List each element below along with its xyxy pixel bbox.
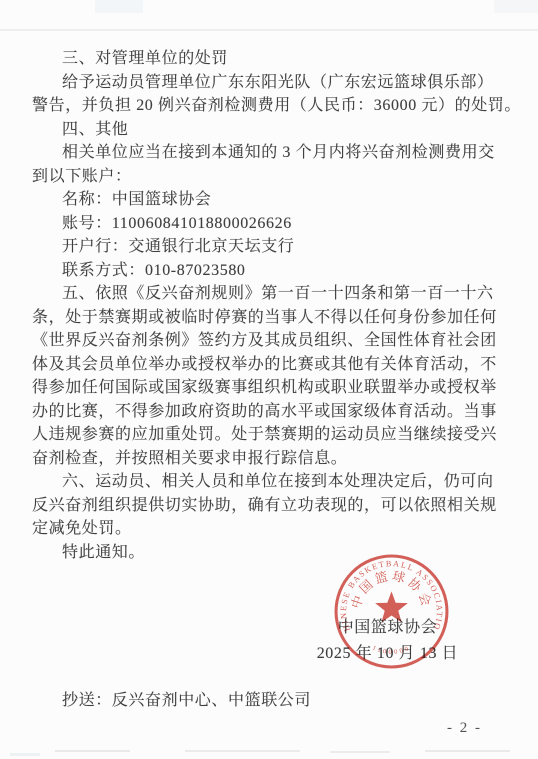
text-line: 给予运动员管理单位广东东阳光队（广东宏远篮球俱乐部） bbox=[32, 71, 510, 95]
scan-artifact-smudge bbox=[425, 750, 510, 752]
text-line: 得参加任何国际或国家级赛事组织机构或职业联盟举办或授权举 bbox=[32, 376, 510, 400]
text-line: 定减免处罚。 bbox=[32, 517, 510, 541]
text-line: 体及其会员单位举办或授权举办的比赛或其他有关体育活动，不 bbox=[32, 353, 510, 377]
text-line: 到以下账户： bbox=[32, 165, 510, 189]
text-line: 联系方式：010-87023580 bbox=[32, 259, 510, 283]
text-line: 开户行：交通银行北京天坛支行 bbox=[32, 235, 510, 259]
seal-chinese-text: 中国篮球协会 bbox=[348, 568, 434, 610]
text-line: 名称：中国篮球协会 bbox=[32, 188, 510, 212]
scan-artifact-smudge bbox=[55, 750, 130, 752]
text-line: 三、对管理单位的处罚 bbox=[32, 47, 510, 71]
page-number: - 2 - bbox=[447, 720, 482, 737]
text-line: 六、运动员、相关人员和单位在接到本处理决定后，仍可向 bbox=[32, 470, 510, 494]
text-line: 《世界反兴奋剂条例》签约方及其成员组织、全国性体育社会团 bbox=[32, 329, 510, 353]
text-line: 办的比赛，不得参加政府资助的高水平或国家级体育活动。当事 bbox=[32, 400, 510, 424]
signature-organization: 中国篮球协会 bbox=[305, 616, 470, 639]
signature-date: 2025 年 10 月 13 日 bbox=[305, 642, 470, 665]
text-line: 五、依照《反兴奋剂规则》第一百一十四条和第一百一十六 bbox=[32, 282, 510, 306]
text-line: 相关单位应当在接到本通知的 3 个月内将兴奋剂检测费用交 bbox=[32, 141, 510, 165]
scan-artifact-smudge bbox=[330, 751, 390, 753]
text-line: 特此通知。 bbox=[32, 541, 510, 565]
scan-artifact-smudge bbox=[494, 0, 538, 13]
text-line: 奋剂检查，并按照相关要求申报行踪信息。 bbox=[32, 447, 510, 471]
text-line: 账号：110060841018800026626 bbox=[32, 212, 510, 236]
scan-artifact-smudge bbox=[185, 750, 300, 752]
cc-line: 抄送：反兴奋剂中心、中篮联公司 bbox=[32, 687, 311, 710]
text-line: 四、其他 bbox=[32, 118, 510, 142]
signature-block: 中国篮球协会 2025 年 10 月 13 日 bbox=[305, 616, 470, 665]
document-body: 三、对管理单位的处罚 给予运动员管理单位广东东阳光队（广东宏远篮球俱乐部） 警告… bbox=[32, 47, 510, 564]
text-line: 警告，并负担 20 例兴奋剂检测费用（人民币：36000 元）的处罚。 bbox=[32, 94, 510, 118]
scan-artifact-smudge bbox=[95, 0, 143, 13]
scan-artifact-smudge bbox=[10, 753, 40, 756]
text-line: 人违规参赛的应加重处罚。处于禁赛期的运动员应当继续接受兴 bbox=[32, 423, 510, 447]
scan-artifact-line bbox=[0, 29, 538, 31]
scanned-document-page: 三、对管理单位的处罚 给予运动员管理单位广东东阳光队（广东宏远篮球俱乐部） 警告… bbox=[0, 0, 538, 759]
text-line: 反兴奋剂组织提供切实协助，确有立功表现的，可以依照相关规 bbox=[32, 494, 510, 518]
text-line: 条，处于禁赛期或被临时停赛的当事人不得以任何身份参加任何 bbox=[32, 306, 510, 330]
